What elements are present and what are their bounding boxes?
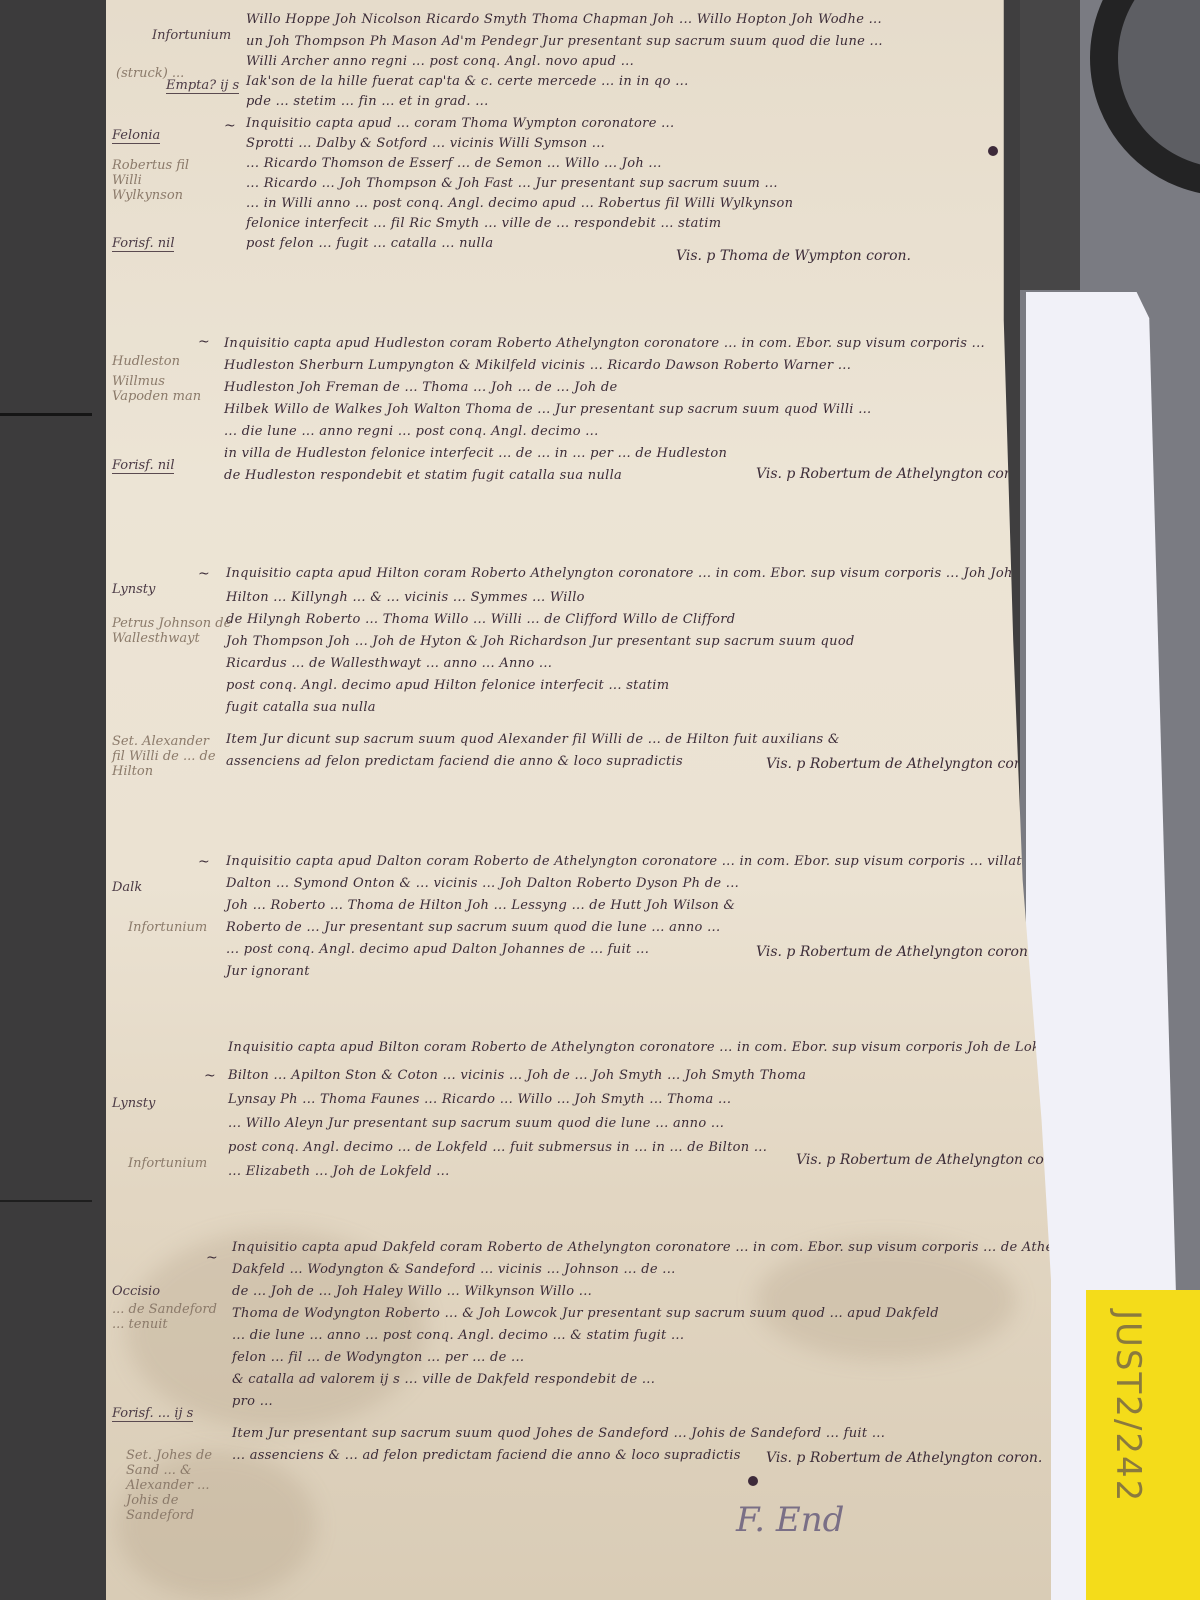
dark-background-left (0, 0, 108, 1600)
background-seam (0, 413, 92, 416)
margin-note: ... de Sandeford ... tenuit (112, 1302, 232, 1332)
margin-note: Dalk (112, 880, 142, 895)
paragraph-mark: ~ (198, 566, 210, 582)
hole (988, 146, 998, 156)
paragraph-mark: ~ (198, 334, 210, 350)
margin-note: Lynsty (112, 1096, 155, 1111)
coroner-signature: Vis. p Robertum de Athelyngton coron. (756, 944, 1032, 960)
entry-6: Occisio ... de Sandeford ... tenuit Fori… (106, 1240, 1051, 1500)
entry-2: Hudleston Willmus Vapoden man Forisf. ni… (106, 330, 1051, 500)
margin-note: Forisf. nil (112, 236, 174, 252)
margin-note: Petrus Johnson de Wallesthwayt (112, 616, 232, 646)
margin-note: Forisf. nil (112, 458, 174, 474)
margin-note: Infortunium (152, 28, 231, 43)
margin-note: Set. Johes de Sand ... & Alexander ... J… (126, 1448, 236, 1523)
coroner-signature: Vis. p Robertum de Athelyngton coron. (796, 1152, 1072, 1168)
margin-note: Forisf. ... ij s (112, 1406, 193, 1422)
coroner-signature: Vis. p Thoma de Wympton coron. (676, 248, 911, 264)
background-seam (0, 1200, 92, 1202)
paragraph-mark: ~ (204, 1068, 216, 1084)
coroner-signature: Vis. p Robertum de Athelyngton coron. (756, 466, 1032, 482)
entry-4: Dalk Infortunium ~ Inquisitio capta apud… (106, 840, 1051, 990)
margin-note: Felonia (112, 128, 160, 144)
margin-note: Hudleston (112, 354, 180, 369)
margin-note: Lynsty (112, 582, 155, 597)
margin-note: Infortunium (128, 920, 207, 935)
paragraph-mark: ~ (224, 118, 236, 134)
coroner-signature: Vis. p Robertum de Athelyngton coron. (766, 1450, 1042, 1466)
margin-note: Occisio (112, 1284, 160, 1299)
reference-label: JUST2/242 (1108, 1310, 1148, 1503)
margin-note: Robertus fil Willi Wylkynson (112, 158, 202, 203)
margin-note: Willmus Vapoden man (112, 374, 222, 404)
paragraph-mark: ~ (198, 854, 210, 870)
entry-5: Lynsty Infortunium ~ Inquisitio capta ap… (106, 1040, 1051, 1200)
parchment-membrane: Infortunium Empta? ij s (struck) ... Fel… (106, 0, 1051, 1600)
coroner-signature: Vis. p Robertum de Athelyngton coron. (766, 756, 1042, 772)
entry-1: Infortunium Empta? ij s (struck) ... Fel… (106, 0, 1051, 280)
paragraph-mark: ~ (206, 1250, 218, 1266)
margin-note: (struck) ... (116, 66, 184, 81)
end-mark: F. End (736, 1500, 844, 1540)
dark-strip (1020, 0, 1080, 290)
margin-note: Set. Alexander fil Willi de ... de Hilto… (112, 734, 222, 779)
hole (748, 1476, 758, 1486)
margin-note: Infortunium (128, 1156, 207, 1171)
entry-3: Lynsty Petrus Johnson de Wallesthwayt Se… (106, 560, 1051, 800)
